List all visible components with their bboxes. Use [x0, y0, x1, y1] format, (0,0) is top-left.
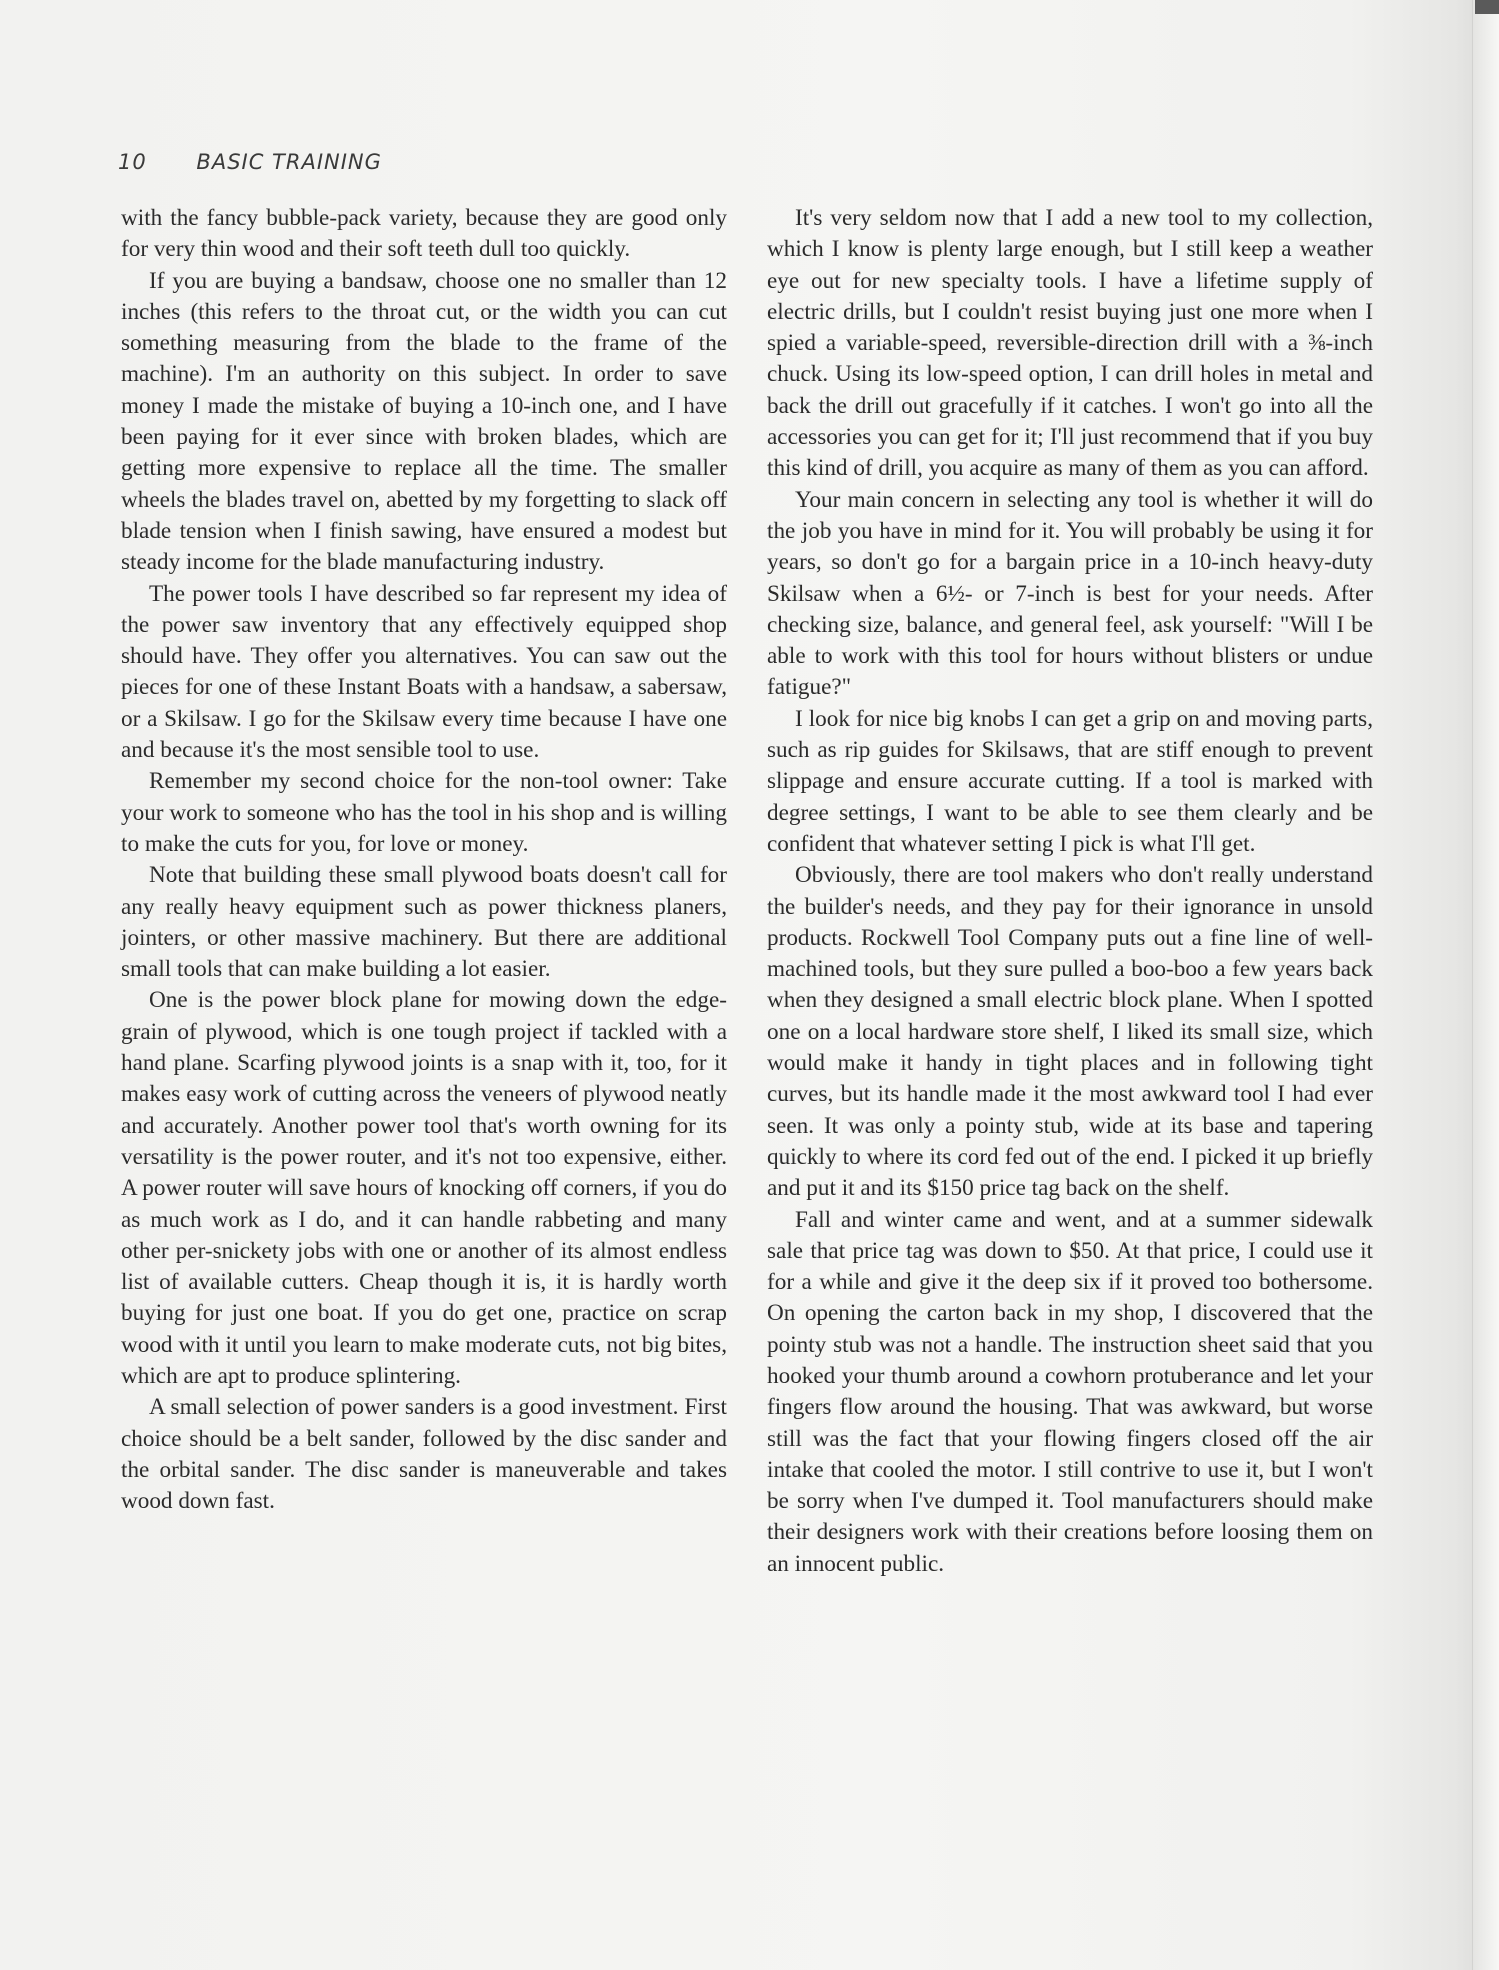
paragraph: Your main concern in selecting any tool …	[767, 485, 1373, 704]
page-corner-mark	[1475, 0, 1499, 14]
chapter-title: BASIC TRAINING	[196, 150, 382, 174]
paragraph: If you are buying a bandsaw, choose one …	[121, 266, 727, 579]
paragraph: A small selection of power sanders is a …	[121, 1392, 727, 1517]
paragraph: It's very seldom now that I add a new to…	[767, 203, 1373, 485]
page-number: 10	[118, 150, 147, 174]
running-header: 10 BASIC TRAINING	[118, 150, 382, 174]
paragraph: The power tools I have described so far …	[121, 579, 727, 767]
page-edge-shadow	[1472, 0, 1499, 1970]
book-page: 10 BASIC TRAINING with the fancy bubble-…	[0, 0, 1499, 1970]
paragraph: One is the power block plane for mowing …	[121, 985, 727, 1392]
right-column: It's very seldom now that I add a new to…	[767, 203, 1373, 1580]
paragraph: Remember my second choice for the non-to…	[121, 766, 727, 860]
paragraph: Fall and winter came and went, and at a …	[767, 1205, 1373, 1581]
paragraph: I look for nice big knobs I can get a gr…	[767, 704, 1373, 860]
left-column: with the fancy bubble-pack variety, beca…	[121, 203, 727, 1517]
paragraph: Note that building these small plywood b…	[121, 860, 727, 985]
paragraph: with the fancy bubble-pack variety, beca…	[121, 203, 727, 266]
paragraph: Obviously, there are tool makers who don…	[767, 860, 1373, 1204]
